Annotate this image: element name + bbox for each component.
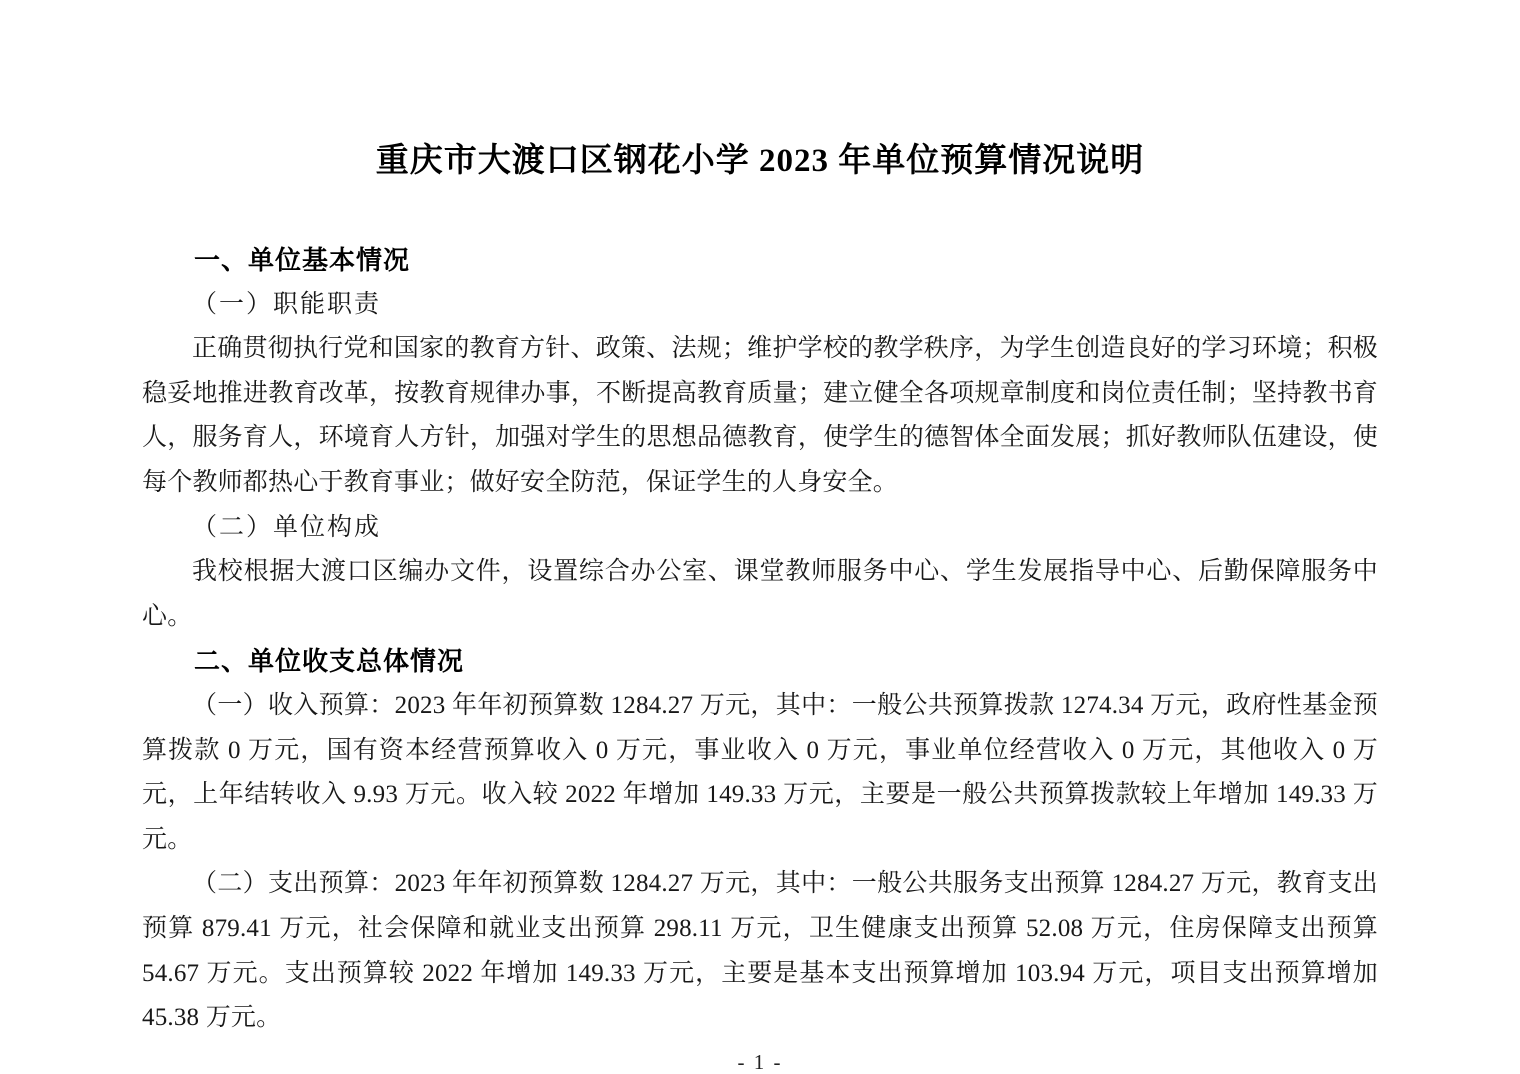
- page-content: 重庆市大渡口区钢花小学 2023 年单位预算情况说明 一、单位基本情况 （一）职…: [142, 0, 1378, 1074]
- paragraph-duties: 正确贯彻执行党和国家的教育方针、政策、法规；维护学校的教学秩序，为学生创造良好的…: [142, 327, 1378, 505]
- section-heading-basic-info: 一、单位基本情况: [142, 238, 1378, 283]
- document-page: 重庆市大渡口区钢花小学 2023 年单位预算情况说明 一、单位基本情况 （一）职…: [0, 0, 1520, 1074]
- section-heading-budget-overview: 二、单位收支总体情况: [142, 639, 1378, 684]
- paragraph-expenditure-budget: （二）支出预算：2023 年年初预算数 1284.27 万元，其中：一般公共服务…: [142, 862, 1378, 1040]
- document-title: 重庆市大渡口区钢花小学 2023 年单位预算情况说明: [142, 136, 1378, 186]
- subheading-duties: （一）职能职责: [142, 283, 1378, 328]
- paragraph-composition: 我校根据大渡口区编办文件，设置综合办公室、课堂教师服务中心、学生发展指导中心、后…: [142, 550, 1378, 639]
- document-body: 一、单位基本情况 （一）职能职责 正确贯彻执行党和国家的教育方针、政策、法规；维…: [142, 238, 1378, 1041]
- subheading-composition: （二）单位构成: [142, 506, 1378, 551]
- paragraph-income-budget: （一）收入预算：2023 年年初预算数 1284.27 万元，其中：一般公共预算…: [142, 684, 1378, 862]
- page-number: - 1 -: [142, 1047, 1378, 1074]
